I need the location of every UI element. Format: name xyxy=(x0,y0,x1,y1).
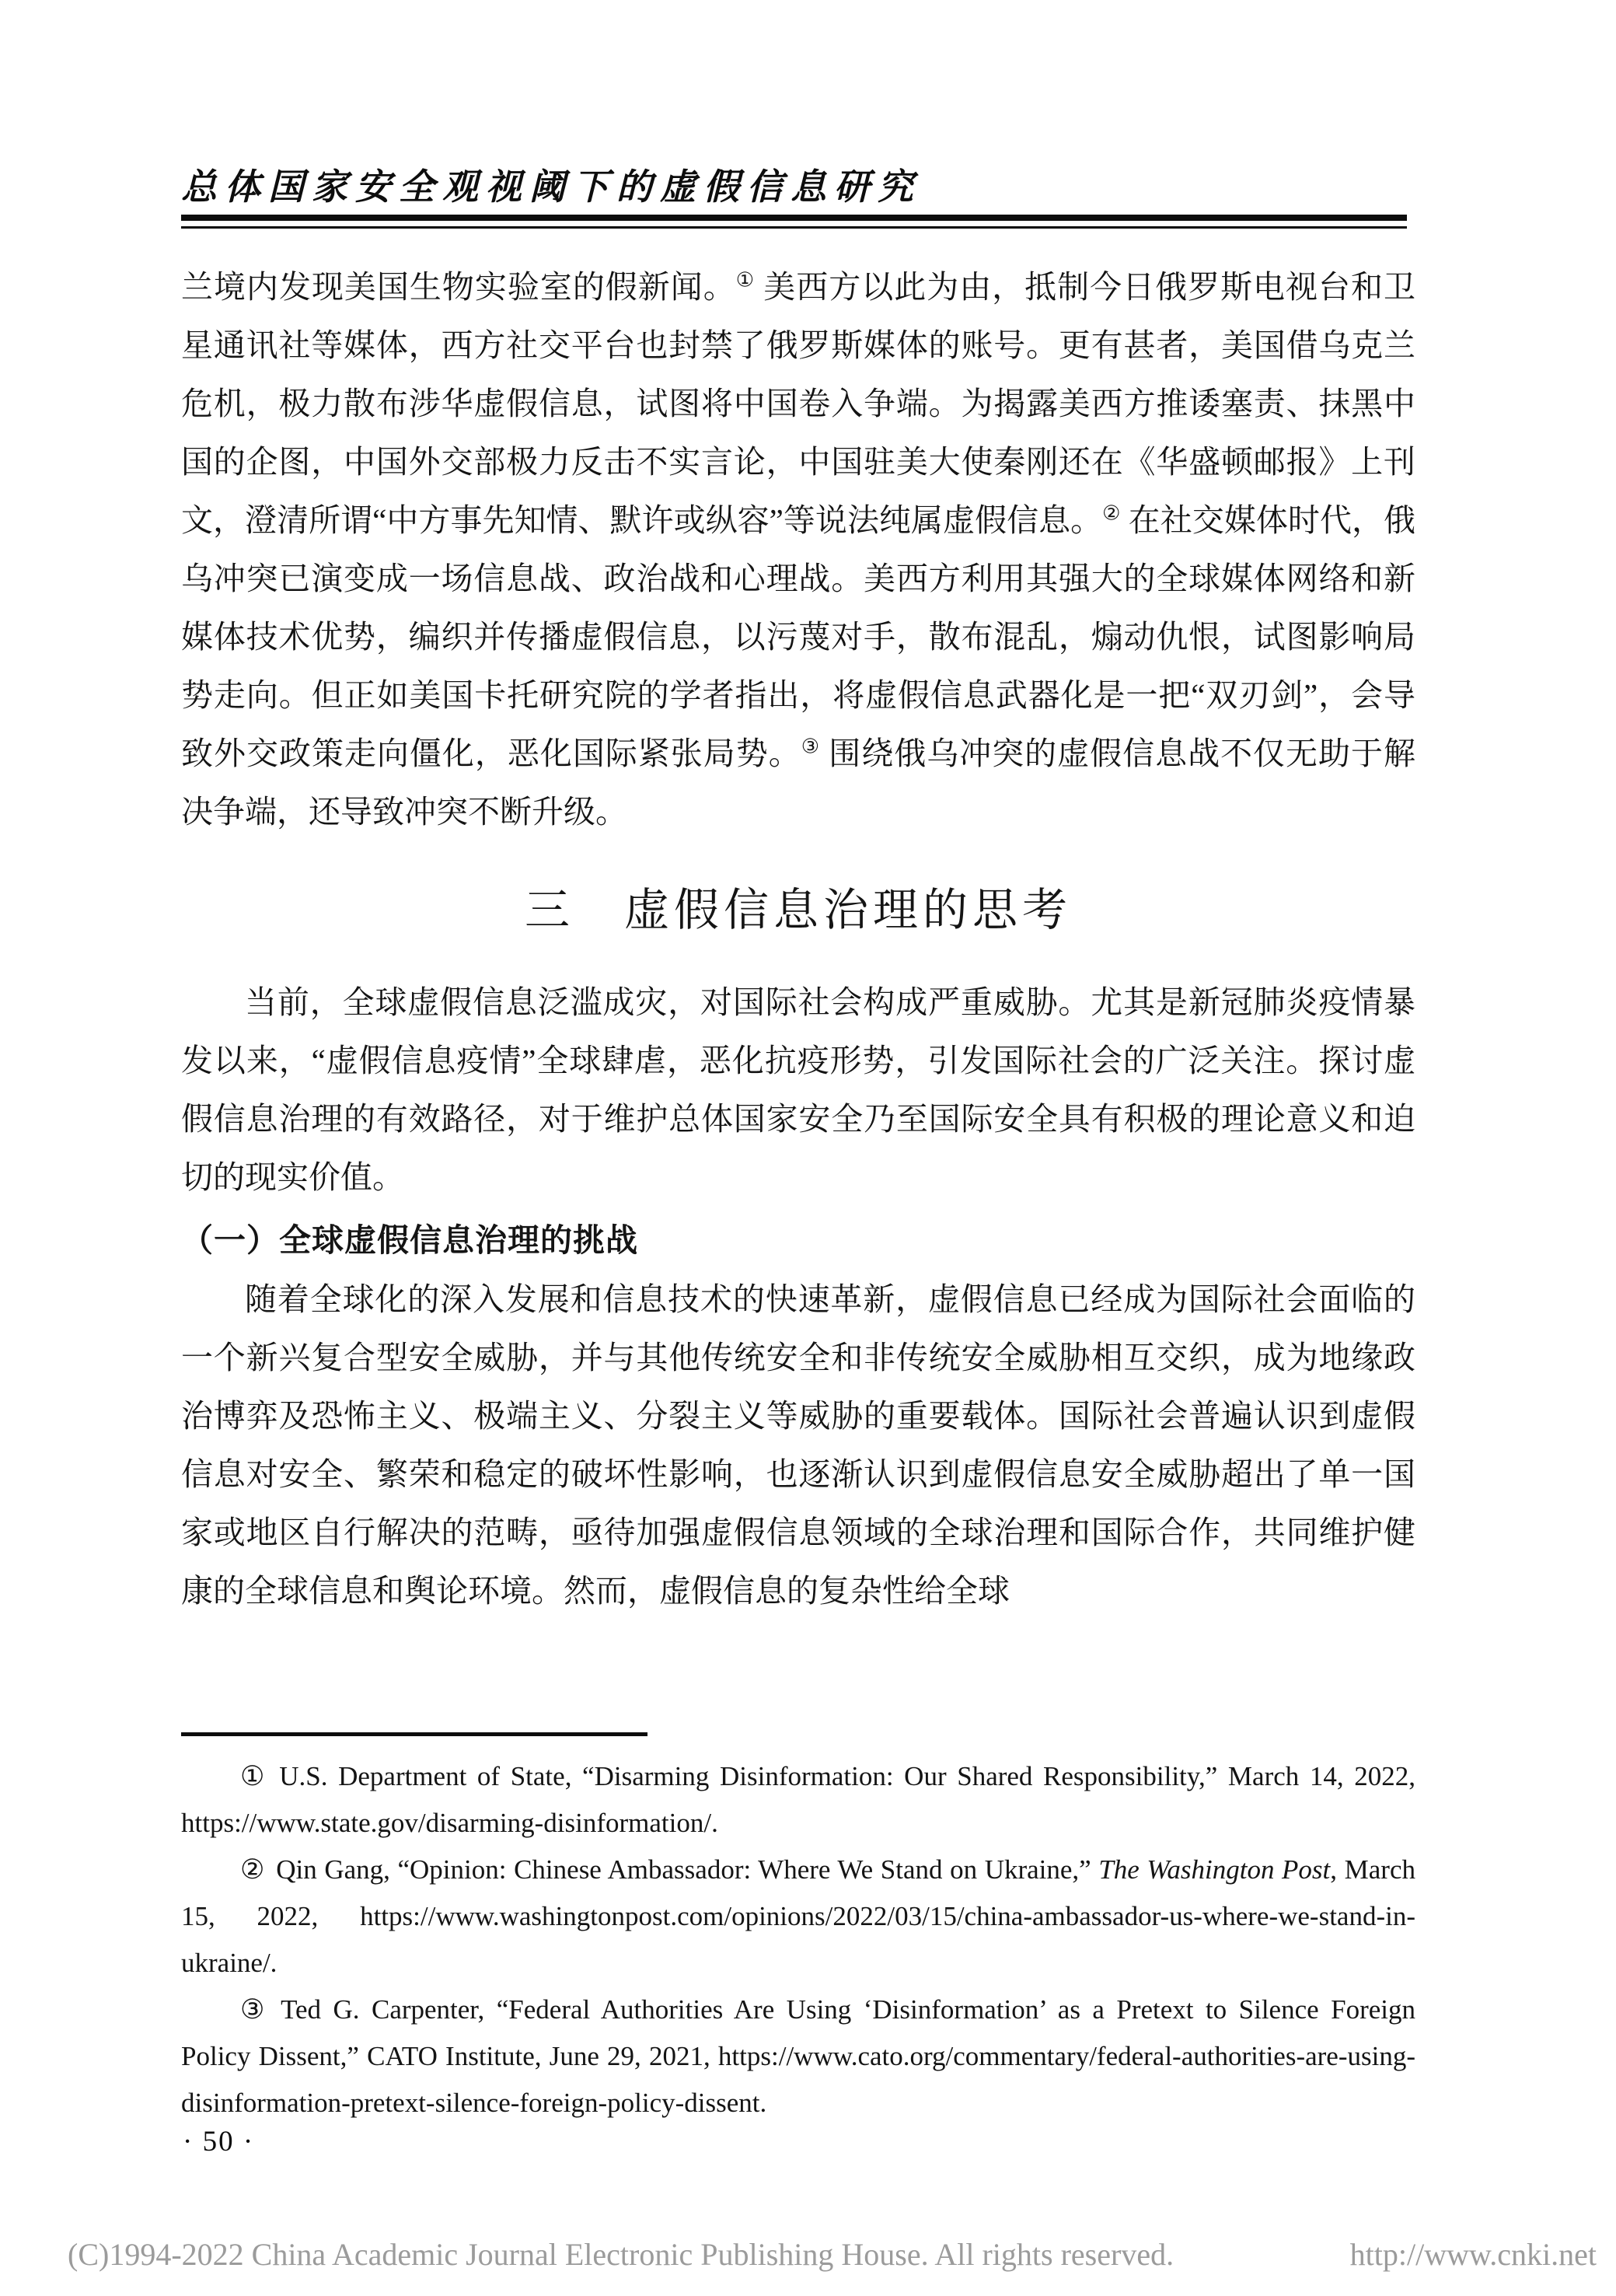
footnote-3: ③Ted G. Carpenter, “Federal Authorities … xyxy=(181,1987,1415,2127)
document-page: 总体国家安全观视阈下的虚假信息研究 兰境内发现美国生物实验室的假新闻。① 美西方… xyxy=(0,0,1616,2296)
header-rule-thick xyxy=(181,215,1407,221)
body-text-block: 兰境内发现美国生物实验室的假新闻。① 美西方以此为由，抵制今日俄罗斯电视台和卫星… xyxy=(181,258,1415,1620)
running-header-title: 总体国家安全观视阈下的虚假信息研究 xyxy=(181,166,1415,207)
paragraph-1: 兰境内发现美国生物实验室的假新闻。① 美西方以此为由，抵制今日俄罗斯电视台和卫星… xyxy=(181,258,1415,841)
footer-copyright: (C)1994-2022 China Academic Journal Elec… xyxy=(68,2235,1174,2275)
footnote-1-text: U.S. Department of State, “Disarming Dis… xyxy=(181,1761,1415,1838)
footnote-ref-1: ① xyxy=(736,268,755,291)
footnote-3-text: Ted G. Carpenter, “Federal Authorities A… xyxy=(181,1994,1415,2118)
footnote-2-italic-text: The Washington Post xyxy=(1098,1854,1330,1885)
footer-url: http://www.cnki.net xyxy=(1350,2235,1597,2275)
footnote-ref-2: ② xyxy=(1102,501,1120,524)
section-heading: 三 虚假信息治理的思考 xyxy=(181,877,1415,942)
footnote-1: ①U.S. Department of State, “Disarming Di… xyxy=(181,1753,1415,1847)
paragraph-1-text: 在社交媒体时代，俄乌冲突已演变成一场信息战、政治战和心理战。美西方利用其强大的全… xyxy=(181,502,1415,771)
page-header: 总体国家安全观视阈下的虚假信息研究 xyxy=(181,166,1415,229)
cnki-footer: (C)1994-2022 China Academic Journal Elec… xyxy=(68,2235,1597,2275)
paragraph-1-text: 兰境内发现美国生物实验室的假新闻。 xyxy=(181,269,736,305)
footnote-ref-3: ③ xyxy=(801,735,820,757)
paragraph-2: 当前，全球虚假信息泛滥成灾，对国际社会构成严重威胁。尤其是新冠肺炎疫情暴发以来，… xyxy=(181,973,1415,1207)
footnote-2-text: Qin Gang, “Opinion: Chinese Ambassador: … xyxy=(276,1854,1098,1885)
subsection-heading: （一）全球虚假信息治理的挑战 xyxy=(181,1210,1415,1270)
footnote-1-marker: ① xyxy=(240,1761,268,1791)
footnote-area: ①U.S. Department of State, “Disarming Di… xyxy=(181,1732,1415,2127)
footnote-separator-rule xyxy=(181,1732,647,1736)
footnote-2: ②Qin Gang, “Opinion: Chinese Ambassador:… xyxy=(181,1847,1415,1987)
paragraph-3: 随着全球化的深入发展和信息技术的快速革新，虚假信息已经成为国际社会面临的一个新兴… xyxy=(181,1270,1415,1620)
paragraph-1-text: 美西方以此为由，抵制今日俄罗斯电视台和卫星通讯社等媒体，西方社交平台也封禁了俄罗… xyxy=(181,269,1415,538)
header-rule-thin xyxy=(181,226,1407,229)
footnote-3-marker: ③ xyxy=(240,1994,270,2025)
page-number: · 50 · xyxy=(183,2124,254,2160)
footnote-2-marker: ② xyxy=(240,1854,265,1885)
